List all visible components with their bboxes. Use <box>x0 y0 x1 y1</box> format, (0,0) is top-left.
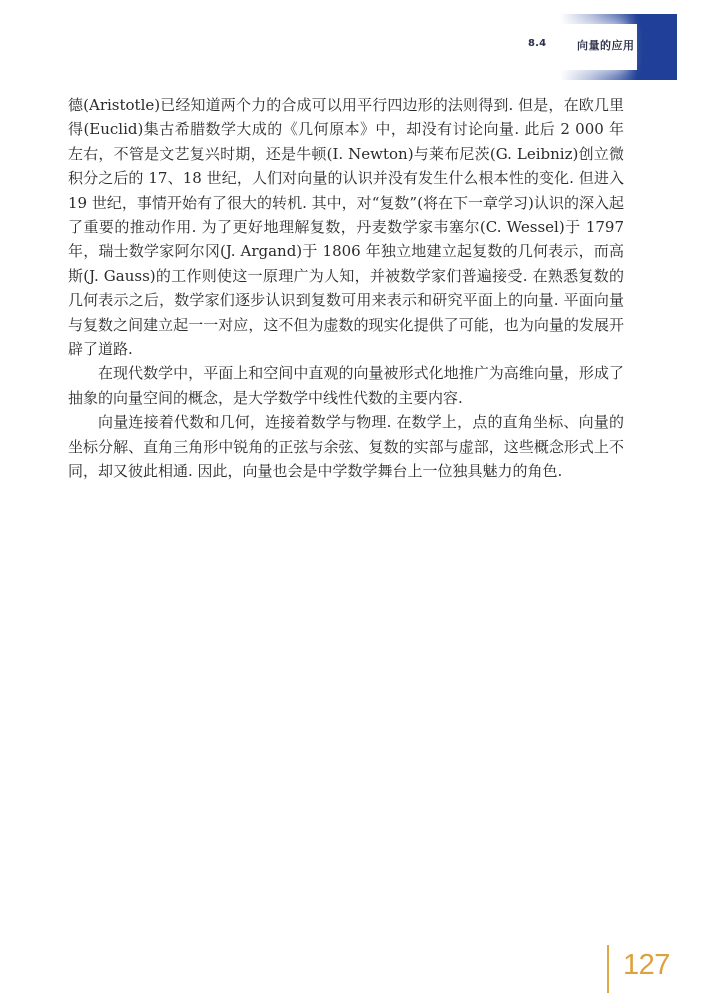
body-text: 德(Aristotle)已经知道两个力的合成可以用平行四边形的法则得到. 但是，… <box>68 93 624 484</box>
page-number: 127 <box>623 949 670 982</box>
header-gradient-bar-bottom <box>560 70 637 80</box>
page-header: 8.4 向量的应用 <box>0 0 702 90</box>
paragraph-vector-connections: 向量连接着代数和几何，连接着数学与物理. 在数学上，点的直角坐标、向量的坐标分解… <box>68 410 624 483</box>
header-accent-block <box>637 14 677 80</box>
section-title: 向量的应用 <box>577 37 635 53</box>
page-number-divider <box>607 945 609 993</box>
paragraph-history: 德(Aristotle)已经知道两个力的合成可以用平行四边形的法则得到. 但是，… <box>68 93 624 361</box>
paragraph-modern-math: 在现代数学中，平面上和空间中直观的向量被形式化地推广为高维向量，形成了抽象的向量… <box>68 361 624 410</box>
section-number: 8.4 <box>528 38 546 49</box>
header-gradient-bar-top <box>560 14 637 24</box>
